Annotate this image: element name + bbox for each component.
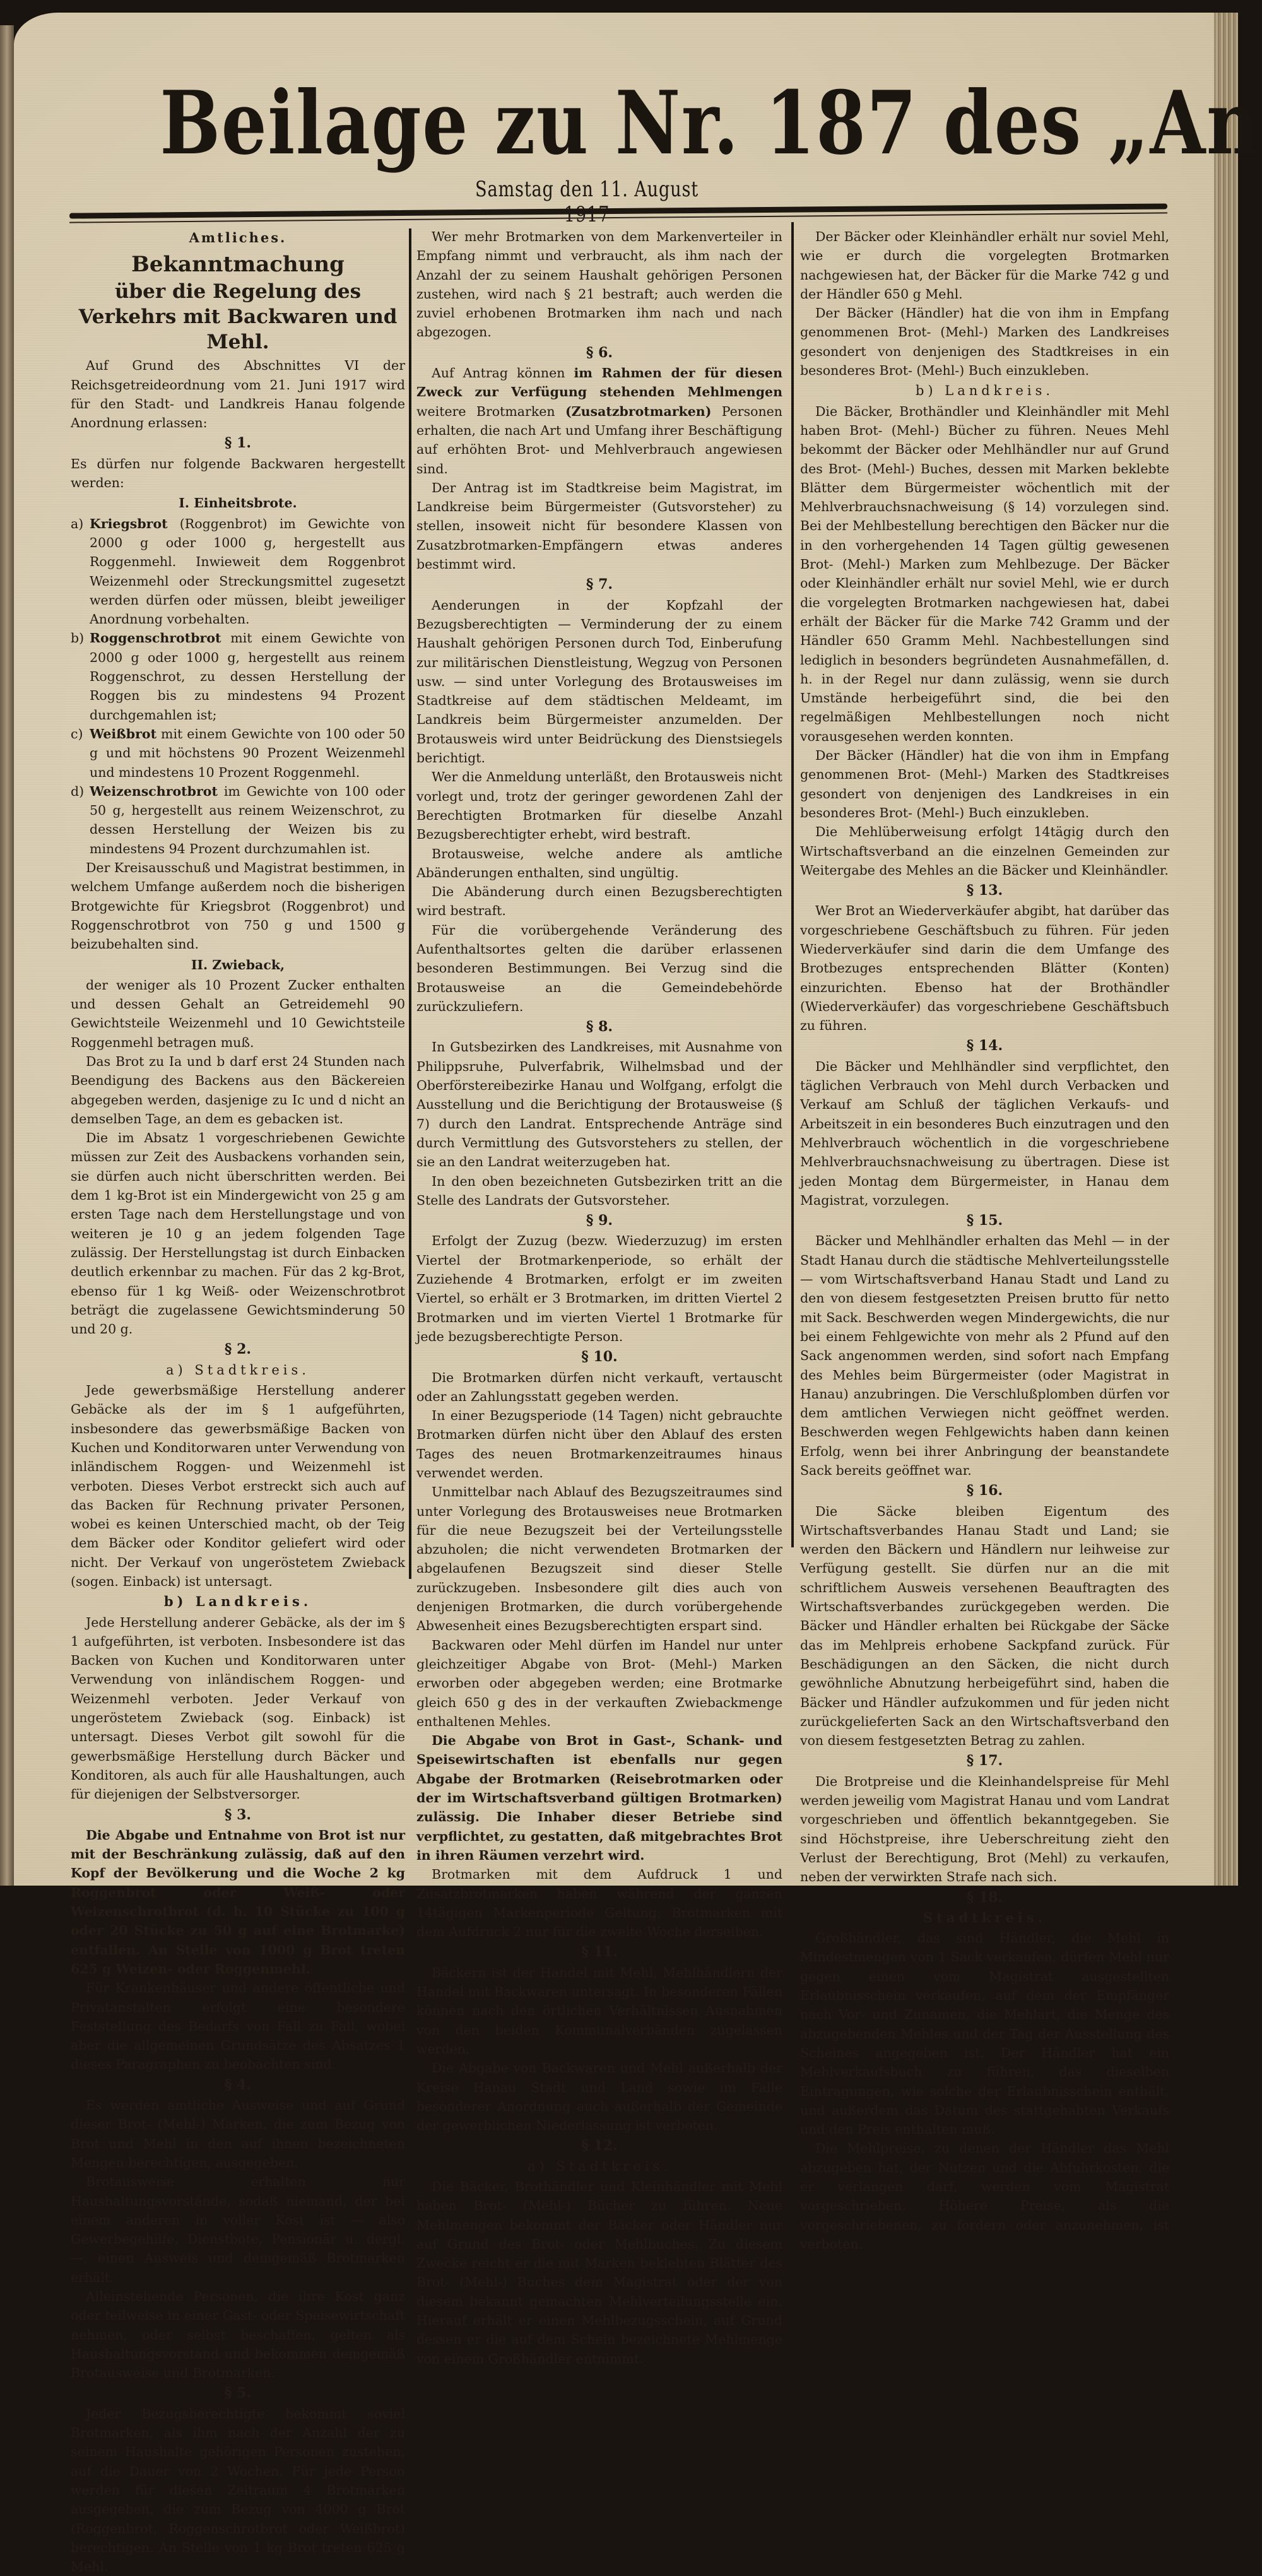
group-heading: II. Zwieback, bbox=[71, 955, 405, 974]
scanned-page-background: Beilage zu Nr. 187 des „Anzeigers“ Samst… bbox=[0, 0, 1262, 1886]
paragraph-text: Die Bäcker und Mehlhändler sind verpflic… bbox=[800, 1057, 1169, 1210]
article-subtitle: über die Regelung des Verkehrs mit Backw… bbox=[71, 279, 405, 355]
group-heading: I. Einheitsbrote. bbox=[71, 493, 405, 512]
column-3: Der Bäcker oder Kleinhändler erhält nur … bbox=[800, 227, 1169, 1886]
paragraph-text: Die Brotmarken dürfen nicht verkauft, ve… bbox=[416, 1368, 782, 1407]
paragraph-label: § 10. bbox=[416, 1347, 782, 1366]
paragraph-label: § 17. bbox=[800, 1751, 1169, 1770]
paragraph-text: Der Kreisausschuß und Magistrat bestimme… bbox=[71, 858, 405, 954]
paragraph-label: § 16. bbox=[800, 1481, 1169, 1500]
paragraph-text: Die Abgabe und Entnahme von Brot ist nur… bbox=[71, 1826, 405, 1886]
paragraph-text: Aenderungen in der Kopfzahl der Bezugsbe… bbox=[416, 596, 782, 768]
paragraph-text: Der Bäcker (Händler) hat die von ihm in … bbox=[800, 746, 1169, 822]
paragraph-text: In den oben bezeichneten Gutsbezirken tr… bbox=[416, 1172, 782, 1210]
paragraph-text: Brotmarken mit dem Aufdruck 1 und Zusatz… bbox=[416, 1865, 782, 1886]
paragraph-text: Die Säcke bleiben Eigentum des Wirtschaf… bbox=[800, 1502, 1169, 1751]
masthead: Beilage zu Nr. 187 des „Anzeigers“ bbox=[60, 69, 1171, 177]
paragraph-text: In einer Bezugsperiode (14 Tagen) nicht … bbox=[416, 1406, 782, 1482]
column-1: Amtliches. Bekanntmachung über die Regel… bbox=[71, 227, 405, 1886]
paragraph-text: Es dürfen nur folgende Backwaren hergest… bbox=[71, 454, 405, 493]
masthead-title: Beilage zu Nr. 187 des „Anzeigers“ bbox=[160, 69, 1070, 177]
paragraph-text: Die Abgabe von Brot in Gast-, Schank- un… bbox=[416, 1731, 782, 1865]
paragraph-text: Das Brot zu Ia und b darf erst 24 Stunde… bbox=[71, 1052, 405, 1128]
column-divider bbox=[409, 228, 411, 1579]
paragraph-text: Wer die Anmeldung unterläßt, den Brotaus… bbox=[416, 767, 782, 844]
paragraph-text: Die Mehlüberweisung erfolgt 14tägig durc… bbox=[800, 822, 1169, 880]
adjacent-page-edge bbox=[0, 25, 14, 1886]
paragraph-text: Die Bäcker, Brothändler und Kleinhändler… bbox=[800, 402, 1169, 746]
paragraph-text: In Gutsbezirken des Landkreises, mit Aus… bbox=[416, 1037, 782, 1171]
paragraph-text: Erfolgt der Zuzug (bezw. Wiederzuzug) im… bbox=[416, 1231, 782, 1346]
paragraph-label: § 3. bbox=[71, 1805, 405, 1824]
article-title: Bekanntmachung bbox=[71, 251, 405, 278]
paragraph-text: Die im Absatz 1 vorgeschriebenen Gewicht… bbox=[71, 1128, 405, 1338]
paragraph-text: Die Brotpreise und die Kleinhandelspreis… bbox=[800, 1772, 1169, 1886]
list-item: d)Weizenschrotbrot im Gewichte von 100 o… bbox=[71, 782, 405, 858]
paragraph-text: Jede gewerbsmäßige Herstellung anderer G… bbox=[71, 1381, 405, 1591]
subsection-heading: a) Stadtkreis. bbox=[71, 1361, 405, 1380]
paragraph-label: § 8. bbox=[416, 1017, 782, 1036]
paragraph-text: Wer mehr Brotmarken von dem Markenvertei… bbox=[416, 227, 782, 342]
list-item: c)Weißbrot mit einem Gewichte von 100 od… bbox=[71, 724, 405, 782]
paragraph-text: Die Abänderung durch einen Bezugsberecht… bbox=[416, 882, 782, 921]
paragraph-text: Der Antrag ist im Stadtkreise beim Magis… bbox=[416, 478, 782, 574]
paragraph-label: § 9. bbox=[416, 1211, 782, 1230]
column-divider bbox=[791, 222, 794, 1547]
paragraph-label: § 6. bbox=[416, 343, 782, 362]
paragraph-label: § 14. bbox=[800, 1036, 1169, 1055]
subsection-heading: b) Landkreis. bbox=[71, 1592, 405, 1611]
paragraph-text: Brotausweise, welche andere als amtliche… bbox=[416, 844, 782, 883]
paragraph-label: § 1. bbox=[71, 434, 405, 452]
paragraph-text: der weniger als 10 Prozent Zucker enthal… bbox=[71, 976, 405, 1052]
issue-date: Samstag den 11. August 1917 bbox=[466, 177, 708, 227]
paragraph-text: Backwaren oder Mehl dürfen im Handel nur… bbox=[416, 1636, 782, 1731]
paragraph-text: Unmittelbar nach Ablauf des Bezugszeitra… bbox=[416, 1482, 782, 1635]
section-heading: Amtliches. bbox=[71, 228, 405, 247]
list-item: b)Roggenschrotbrot mit einem Gewichte vo… bbox=[71, 629, 405, 724]
paragraph-text: Der Bäcker oder Kleinhändler erhält nur … bbox=[800, 227, 1169, 304]
column-2: Wer mehr Brotmarken von dem Markenvertei… bbox=[416, 227, 782, 1886]
paragraph-label: § 15. bbox=[800, 1211, 1169, 1230]
paragraph-text: Für die vorübergehende Veränderung des A… bbox=[416, 921, 782, 1016]
paragraph-text: Der Bäcker (Händler) hat die von ihm in … bbox=[800, 304, 1169, 380]
paragraph-text: Wer Brot an Wiederverkäufer abgibt, hat … bbox=[800, 901, 1169, 1035]
paragraph-text: Jede Herstellung anderer Gebäcke, als de… bbox=[71, 1613, 405, 1804]
paragraph-label: § 2. bbox=[71, 1340, 405, 1359]
subsection-heading: b) Landkreis. bbox=[800, 381, 1169, 400]
paragraph-label: § 7. bbox=[416, 575, 782, 594]
paragraph-text: Auf Antrag können im Rahmen der für dies… bbox=[416, 363, 782, 478]
page-stack-edge bbox=[1214, 13, 1238, 1886]
paragraph-text: Bäcker und Mehlhändler erhalten das Mehl… bbox=[800, 1231, 1169, 1480]
intro-paragraph: Auf Grund des Abschnittes VI der Reichsg… bbox=[71, 356, 405, 432]
paragraph-label: § 13. bbox=[800, 881, 1169, 900]
list-item: a)Kriegsbrot (Roggenbrot) im Gewichte vo… bbox=[71, 514, 405, 629]
